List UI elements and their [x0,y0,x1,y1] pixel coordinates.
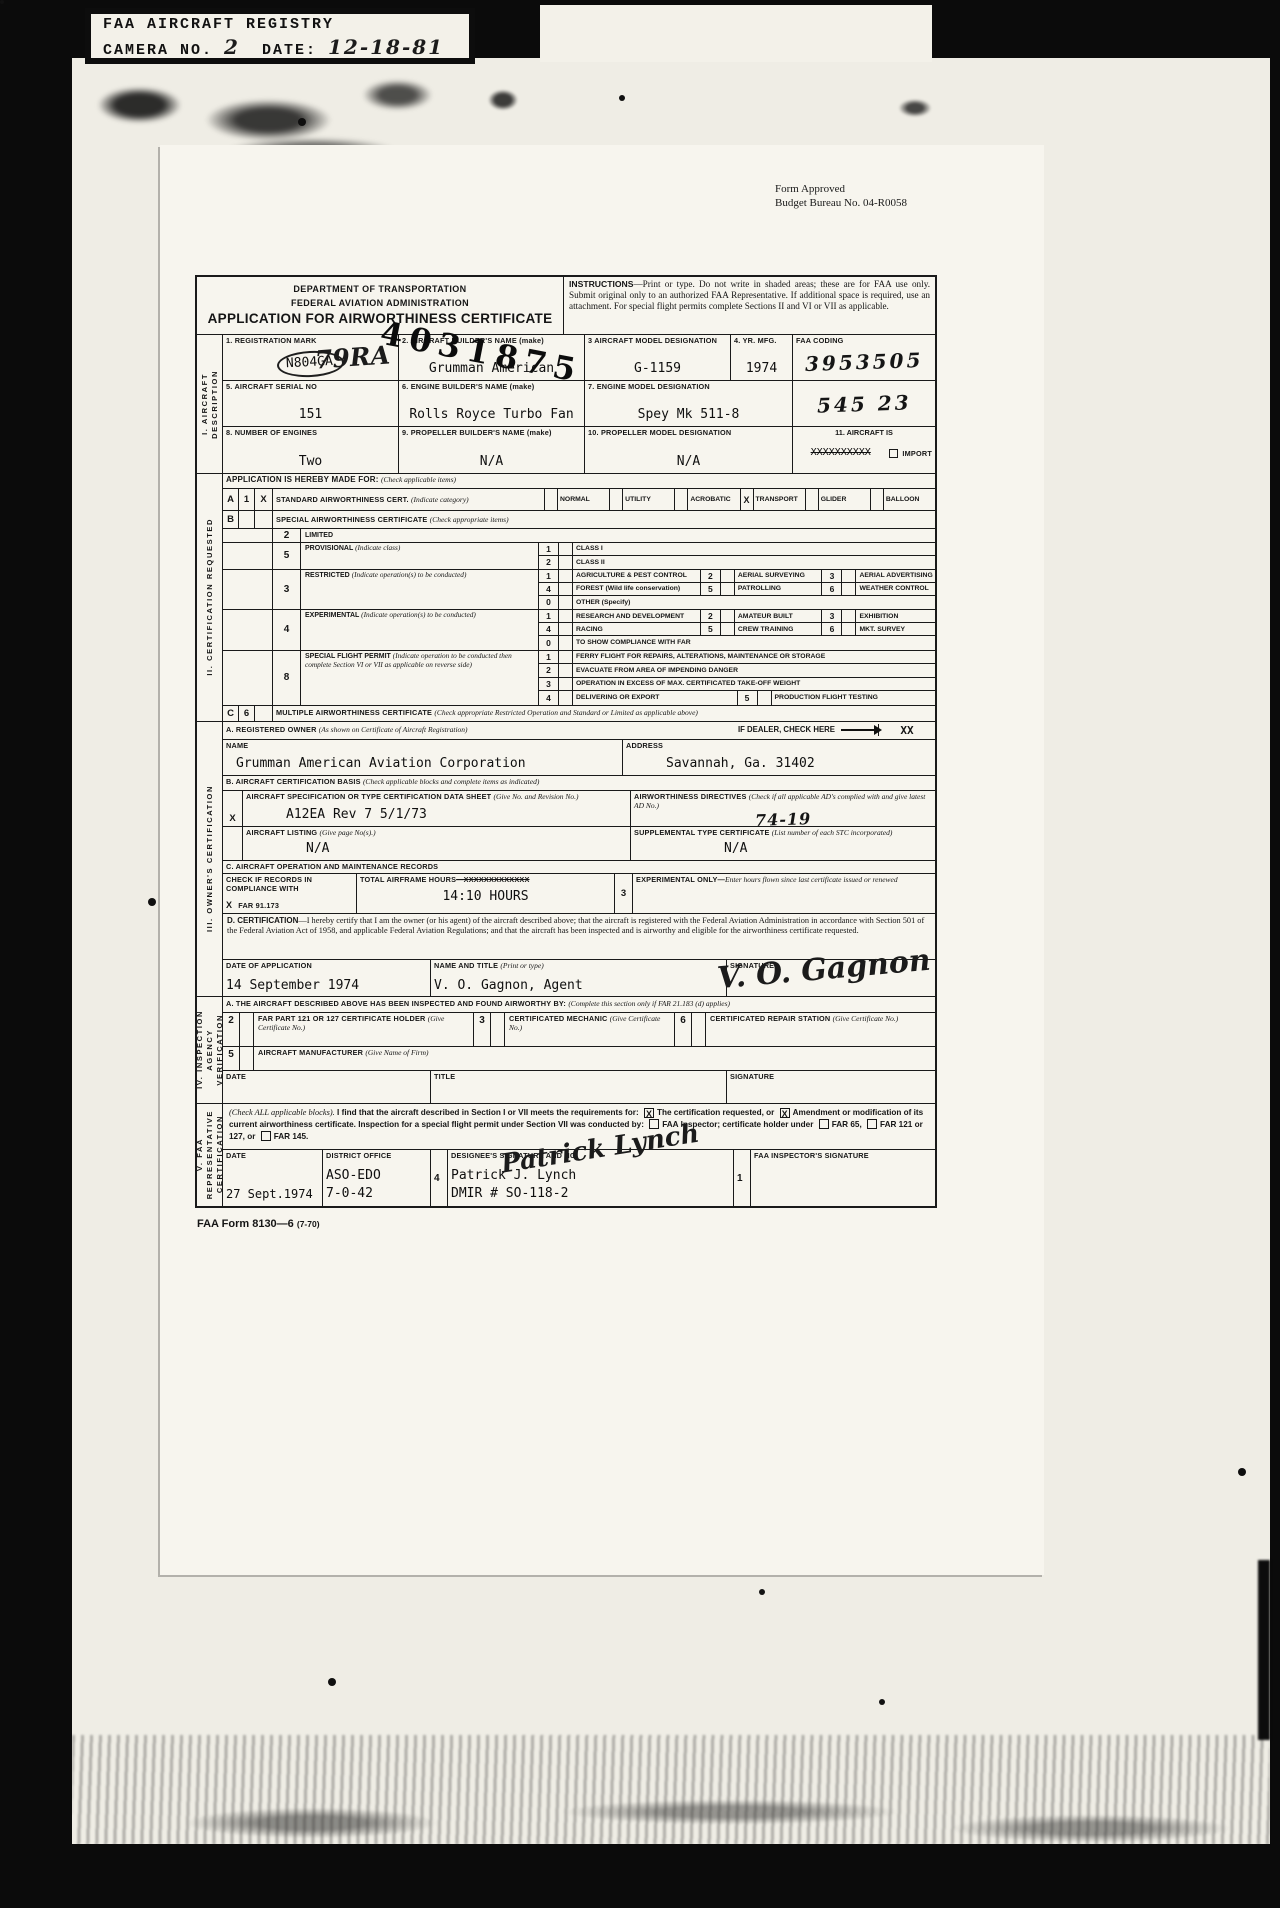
experimental-only-field: EXPERIMENTAL ONLY—Enter hours flown sinc… [633,874,935,913]
designee-no-typed: DMIR # SO-118-2 [451,1187,730,1202]
stamp-line1: FAA AIRCRAFT REGISTRY [103,16,461,35]
stc-field: SUPPLEMENTAL TYPE CERTIFICATE (List numb… [631,827,935,860]
far121-checkbox [867,1119,877,1129]
date-handwritten: 12-18-81 [328,35,444,59]
category-checkbox-transport: X [741,489,754,510]
section-1-side-label: I. AIRCRAFTDESCRIPTION [197,335,223,473]
class2-checkbox [559,556,573,569]
multiple-cert-label: MULTIPLE AIRWORTHINESS CERTIFICATE (Chec… [273,706,935,721]
multiple-cert-checkbox [255,706,273,721]
category-normal: NORMAL [558,489,610,510]
checkbox [721,583,735,595]
checkbox [559,623,573,635]
form-approved-line1: Form Approved [775,182,907,196]
checkbox [559,596,573,609]
aircraft-is-crossed-value: XXXXXXXXXX [811,447,871,459]
owner-name-field: NAME Grumman American Aviation Corporati… [223,740,623,775]
checkbox [559,691,573,705]
experimental-label: EXPERIMENTAL (Indicate operation(s) to b… [301,610,539,650]
faa-rep-date-value: 27 Sept.1974 [226,1188,319,1202]
spec-checkbox: X [223,791,243,826]
far-part-holder-label: FAR PART 121 OR 127 CERTIFICATE HOLDER (… [254,1013,474,1046]
faa-coding2-field: 545 23 [793,381,935,426]
records-compliance-field: CHECK IF RECORDS IN COMPLIANCE WITH X FA… [223,874,357,913]
designee-name-typed: Patrick J. Lynch [451,1169,730,1184]
camera-number-handwritten: 2 [224,35,240,59]
restricted-group: 3 RESTRICTED (Indicate operation(s) to b… [223,570,935,611]
category-checkbox-balloon [871,489,884,510]
designee-number: 4 [431,1150,448,1206]
dept-line: DEPARTMENT OF TRANSPORTATION [200,283,560,297]
class2-label: CLASS II [573,556,935,569]
category-balloon: BALLOON [884,489,935,510]
owner-address-value: Savannah, Ga. 31402 [626,757,932,772]
dealer-check-value: XX [879,724,935,737]
inspector-number: 1 [734,1150,751,1206]
provisional-label: PROVISIONAL (Indicate class) [301,543,539,569]
faa-coding-field: FAA CODING 3953505 [793,335,935,380]
model-designation-value: G-1159 [634,362,681,377]
inspected-found-airworthy-title: A. THE AIRCRAFT DESCRIBED ABOVE HAS BEEN… [223,997,935,1013]
budget-bureau-number: Budget Bureau No. 04-R0058 [775,196,907,210]
year-mfg-field: 4. YR. MFG. 1974 [731,335,793,380]
category-acrobatic: ACROBATIC [688,489,740,510]
form-header: DEPARTMENT OF TRANSPORTATION FEDERAL AVI… [197,277,935,335]
section-5-side-label: V. FAAREPRESENTATIVECERTIFICATION [197,1104,223,1206]
faa-registry-stamp: FAA AIRCRAFT REGISTRY CAMERA NO. 2 DATE:… [85,8,475,64]
category-checkbox-normal [545,489,558,510]
model-designation-field: 3 AIRCRAFT MODEL DESIGNATION G-1159 [585,335,731,380]
engine-model-value: Spey Mk 511-8 [638,408,740,423]
checkbox [559,610,573,622]
far-part-checkbox [240,1013,254,1046]
restricted-label: RESTRICTED (Indicate operation(s) to be … [301,570,539,610]
form-title-block: DEPARTMENT OF TRANSPORTATION FEDERAL AVI… [197,277,564,334]
faa-coding-handwritten: 3953505 [804,348,923,376]
inspection-date-field: DATE [223,1071,431,1103]
standard-cert-row: A 1 X STANDARD AIRWORTHINESS CERT. (Indi… [223,489,935,511]
limited-row: 2 LIMITED [223,529,935,543]
category-utility: UTILITY [623,489,675,510]
faa-inspector-signature-field: FAA INSPECTOR'S SIGNATURE [751,1150,935,1206]
propeller-model-field: 10. PROPELLER MODEL DESIGNATION N/A [585,427,793,473]
far145-checkbox [261,1131,271,1141]
engine-builder-value: Rolls Royce Turbo Fan [409,408,573,423]
district-office-value2: 7-0-42 [326,1187,427,1202]
checkbox [721,623,735,635]
multiple-cert-row: C 6 MULTIPLE AIRWORTHINESS CERTIFICATE (… [223,705,935,721]
aircraft-manufacturer-label: AIRCRAFT MANUFACTURER (Give Name of Firm… [254,1047,935,1070]
airworthiness-directives-field: AIRWORTHINESS DIRECTIVES (Check if all a… [631,791,935,826]
checkbox [842,623,856,635]
records-title: C. AIRCRAFT OPERATION AND MAINTENANCE RE… [223,861,935,874]
section-4-side-label: IV. INSPECTIONAGENCYVERIFICATION [197,997,223,1103]
manufacturer-checkbox [240,1047,254,1070]
aircraft-listing-field: AIRCRAFT LISTING (Give page No(s).) N/A [243,827,631,860]
dealer-check-here: IF DEALER, CHECK HERE [738,725,875,734]
section-2-certification-requested: II. CERTIFICATION REQUESTED APPLICATION … [197,474,935,722]
records-checkbox: X [226,900,232,911]
aircraft-listing-value: N/A [246,842,627,857]
certification-requested-checkbox: X [644,1108,654,1118]
amendment-checkbox: X [780,1108,790,1118]
district-office-field: DISTRICT OFFICE ASO-EDO 7-0-42 [323,1150,431,1206]
standard-cert-label: STANDARD AIRWORTHINESS CERT. (Indicate c… [273,489,545,510]
repair-station-checkbox [692,1013,706,1046]
total-airframe-hours-field: TOTAL AIRFRAME HOURS—XXXXXXXXXXXXX 14:10… [357,874,615,913]
category-checkbox-glider [806,489,819,510]
year-mfg-value: 1974 [746,362,777,377]
name-and-title-value: V. O. Gagnon, Agent [434,979,723,994]
form-number-footer: FAA Form 8130—6 (7-70) [197,1218,320,1230]
special-cert-row: B SPECIAL AIRWORTHINESS CERTIFICATE (Che… [223,511,935,529]
scan-specks [0,0,4,4]
special-flight-permit-group: 8 SPECIAL FLIGHT PERMIT (Indicate operat… [223,651,935,705]
faa-rep-date-field: DATE 27 Sept.1974 [223,1150,323,1206]
checkbox [721,610,735,622]
category-transport: TRANSPORT [754,489,806,510]
checkbox [559,636,573,649]
checkbox [842,583,856,595]
sfp-label: SPECIAL FLIGHT PERMIT (Indicate operatio… [301,651,539,705]
owner-name-value: Grumman American Aviation Corporation [226,757,619,772]
experimental-only-number: 3 [615,874,633,913]
number-of-engines-value: Two [299,455,322,470]
section-2-side-label: II. CERTIFICATION REQUESTED [197,474,223,721]
checkbox [559,570,573,582]
made-for-title: APPLICATION IS HEREBY MADE FOR: (Check a… [226,475,456,487]
designee-signature-field: DESIGNEE'S SIGNATURE AND NO. Patrick Lyn… [448,1150,734,1206]
checkbox [559,651,573,664]
mechanic-checkbox [491,1013,505,1046]
special-cert-label: SPECIAL AIRWORTHINESS CERTIFICATE (Check… [273,511,935,528]
cert-basis-title: B. AIRCRAFT CERTIFICATION BASIS (Check a… [223,776,935,791]
serial-number-value: 151 [299,408,322,423]
section-4-inspection-agency-verification: IV. INSPECTIONAGENCYVERIFICATION A. THE … [197,997,935,1104]
hours-crossed: —XXXXXXXXXXXXX [456,875,529,884]
type-cert-data-sheet-value: A12EA Rev 7 5/1/73 [246,808,627,823]
form-edition: (7-70) [297,1219,320,1229]
section-3-side-label: III. OWNER'S CERTIFICATION [197,722,223,996]
import-checkbox [889,449,898,458]
category-glider: GLIDER [819,489,871,510]
checkbox [559,583,573,595]
faa-coding2-handwritten: 545 23 [816,390,911,417]
form-number: FAA Form 8130—6 [197,1218,294,1230]
section-5-faa-representative-certification: V. FAAREPRESENTATIVECERTIFICATION (Check… [197,1104,935,1206]
total-airframe-hours-value: 14:10 HOURS [442,890,528,905]
form-approved-note: Form Approved Budget Bureau No. 04-R0058 [775,182,907,211]
airworthiness-application-form: 4031875 DEPARTMENT OF TRANSPORTATION FED… [195,275,937,1208]
provisional-group: 5 PROVISIONAL (Indicate class) 1 CLASS I… [223,543,935,570]
class1-checkbox [559,543,573,555]
checkbox [559,664,573,677]
stc-value: N/A [724,842,747,857]
date-label: DATE: [262,42,317,59]
date-of-application-field: DATE OF APPLICATION 14 September 1974 [223,960,431,996]
inspection-signature-field: SIGNATURE [727,1071,935,1103]
date-of-application-value: 14 September 1974 [226,979,427,994]
instructions-word: INSTRUCTIONS [569,279,633,289]
owner-address-field: ADDRESS Savannah, Ga. 31402 [623,740,935,775]
category-checkbox-utility [610,489,623,510]
experimental-group: 4 EXPERIMENTAL (Indicate operation(s) to… [223,610,935,651]
checkbox [842,610,856,622]
far65-checkbox [819,1119,829,1129]
checkbox [758,691,772,705]
category-checkbox-acrobatic [675,489,688,510]
listing-checkbox [223,827,243,860]
aircraft-is-field: 11. AIRCRAFT IS XXXXXXXXXX IMPORT [793,427,935,473]
standard-cert-checkbox: X [255,489,273,510]
propeller-model-value: N/A [677,455,700,470]
stamp-line2: CAMERA NO. 2 DATE: 12-18-81 [103,35,461,61]
certificated-mechanic-label: CERTIFICATED MECHANIC (Give Certificate … [505,1013,675,1046]
limited-label: LIMITED [301,529,935,542]
checkbox [559,678,573,691]
import-label: IMPORT [902,449,932,458]
propeller-builder-value: N/A [480,455,503,470]
form-title: APPLICATION FOR AIRWORTHINESS CERTIFICAT… [200,310,560,328]
type-cert-data-sheet-field: AIRCRAFT SPECIFICATION OR TYPE CERTIFICA… [243,791,631,826]
scanned-document-page: FAA AIRCRAFT REGISTRY CAMERA NO. 2 DATE:… [0,0,1280,1908]
camera-label: CAMERA NO. [103,42,213,59]
inspection-title-field: TITLE [431,1071,727,1103]
serial-number-field: 5. AIRCRAFT SERIAL NO 151 [223,381,399,426]
instructions-block: INSTRUCTIONS—Print or type. Do not write… [564,277,935,334]
propeller-builder-field: 9. PROPELLER BUILDER'S NAME (make) N/A [399,427,585,473]
number-of-engines-field: 8. NUMBER OF ENGINES Two [223,427,399,473]
checkbox [842,570,856,582]
agency-line: FEDERAL AVIATION ADMINISTRATION [200,297,560,311]
class1-label: CLASS I [573,543,935,555]
name-and-title-field: NAME AND TITLE (Print or type) V. O. Gag… [431,960,727,996]
blank-label-box [540,5,932,62]
owner-signature-field: SIGNATURE V. O. Gagnon [727,960,935,996]
repair-station-label: CERTIFICATED REPAIR STATION (Give Certif… [706,1013,935,1046]
district-office-value1: ASO-EDO [326,1169,427,1184]
engine-builder-field: 6. ENGINE BUILDER'S NAME (make) Rolls Ro… [399,381,585,426]
arrow-right-icon [841,729,875,731]
special-cert-checkbox [255,511,273,528]
section-3-owners-certification: III. OWNER'S CERTIFICATION A. REGISTERED… [197,722,935,997]
registered-owner-row: A. REGISTERED OWNER (As shown on Certifi… [223,724,879,735]
registration-mark-field: 1. REGISTRATION MARK N804GA 79RA [223,335,399,380]
engine-model-field: 7. ENGINE MODEL DESIGNATION Spey Mk 511-… [585,381,793,426]
checkbox [721,570,735,582]
